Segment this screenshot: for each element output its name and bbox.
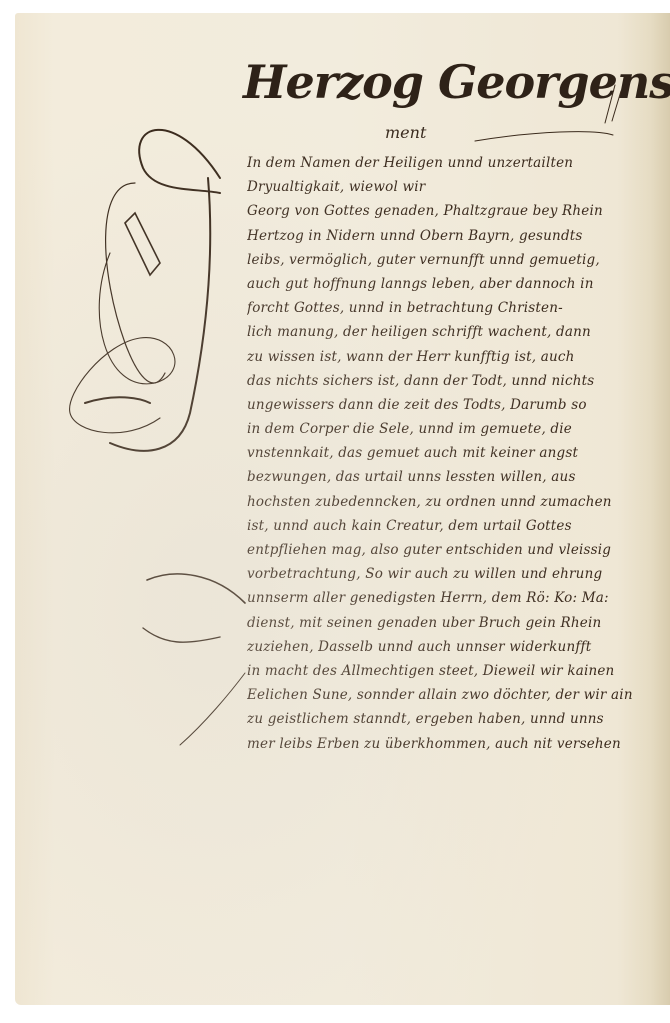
text-line: leibs, vermöglich, guter vernunfft unnd … [247, 248, 647, 272]
text-line: zu geistlichem stanndt, ergeben haben, u… [247, 707, 647, 731]
text-line: bezwungen, das urtail unns lessten wille… [247, 465, 647, 489]
manuscript-page: Herzog Georgens Testa ment In dem Namen … [15, 13, 670, 1005]
text-line: unnserm aller genedigsten Herrn, dem Rö:… [247, 586, 647, 610]
decorative-initial-flourish-icon [15, 13, 670, 1005]
text-line: Eelichen Sune, sonnder allain zwo döchte… [247, 683, 647, 707]
text-line: Dryualtigkait, wiewol wir [247, 175, 647, 199]
manuscript-text-body: In dem Namen der Heiligen unnd unzertail… [247, 151, 647, 756]
text-line: zu wissen ist, wann der Herr kunfftig is… [247, 345, 647, 369]
text-line: hochsten zubedenncken, zu ordnen unnd zu… [247, 490, 647, 514]
text-line: ist, unnd auch kain Creatur, dem urtail … [247, 514, 647, 538]
text-line: entpfliehen mag, also guter entschiden u… [247, 538, 647, 562]
document-subtitle: ment [385, 123, 426, 142]
text-line: forcht Gottes, unnd in betrachtung Chris… [247, 296, 647, 320]
text-line: in dem Corper die Sele, unnd im gemuete,… [247, 417, 647, 441]
text-line: lich manung, der heiligen schrifft wache… [247, 320, 647, 344]
text-line: zuziehen, Dasselb unnd auch unnser wider… [247, 635, 647, 659]
text-line: vorbetrachtung, So wir auch zu willen un… [247, 562, 647, 586]
text-line: ungewissers dann die zeit des Todts, Dar… [247, 393, 647, 417]
text-line: Georg von Gottes genaden, Phaltzgraue be… [247, 199, 647, 223]
text-line: das nichts sichers ist, dann der Todt, u… [247, 369, 647, 393]
text-line: dienst, mit seinen genaden uber Bruch ge… [247, 611, 647, 635]
text-line: in macht des Allmechtigen steet, Dieweil… [247, 659, 647, 683]
text-line: auch gut hoffnung lanngs leben, aber dan… [247, 272, 647, 296]
text-line: mer leibs Erben zu überkhommen, auch nit… [247, 732, 647, 756]
document-title: Herzog Georgens Testa [243, 55, 670, 109]
text-line: In dem Namen der Heiligen unnd unzertail… [247, 151, 647, 175]
text-line: vnstennkait, das gemuet auch mit keiner … [247, 441, 647, 465]
text-line: Hertzog in Nidern unnd Obern Bayrn, gesu… [247, 224, 647, 248]
